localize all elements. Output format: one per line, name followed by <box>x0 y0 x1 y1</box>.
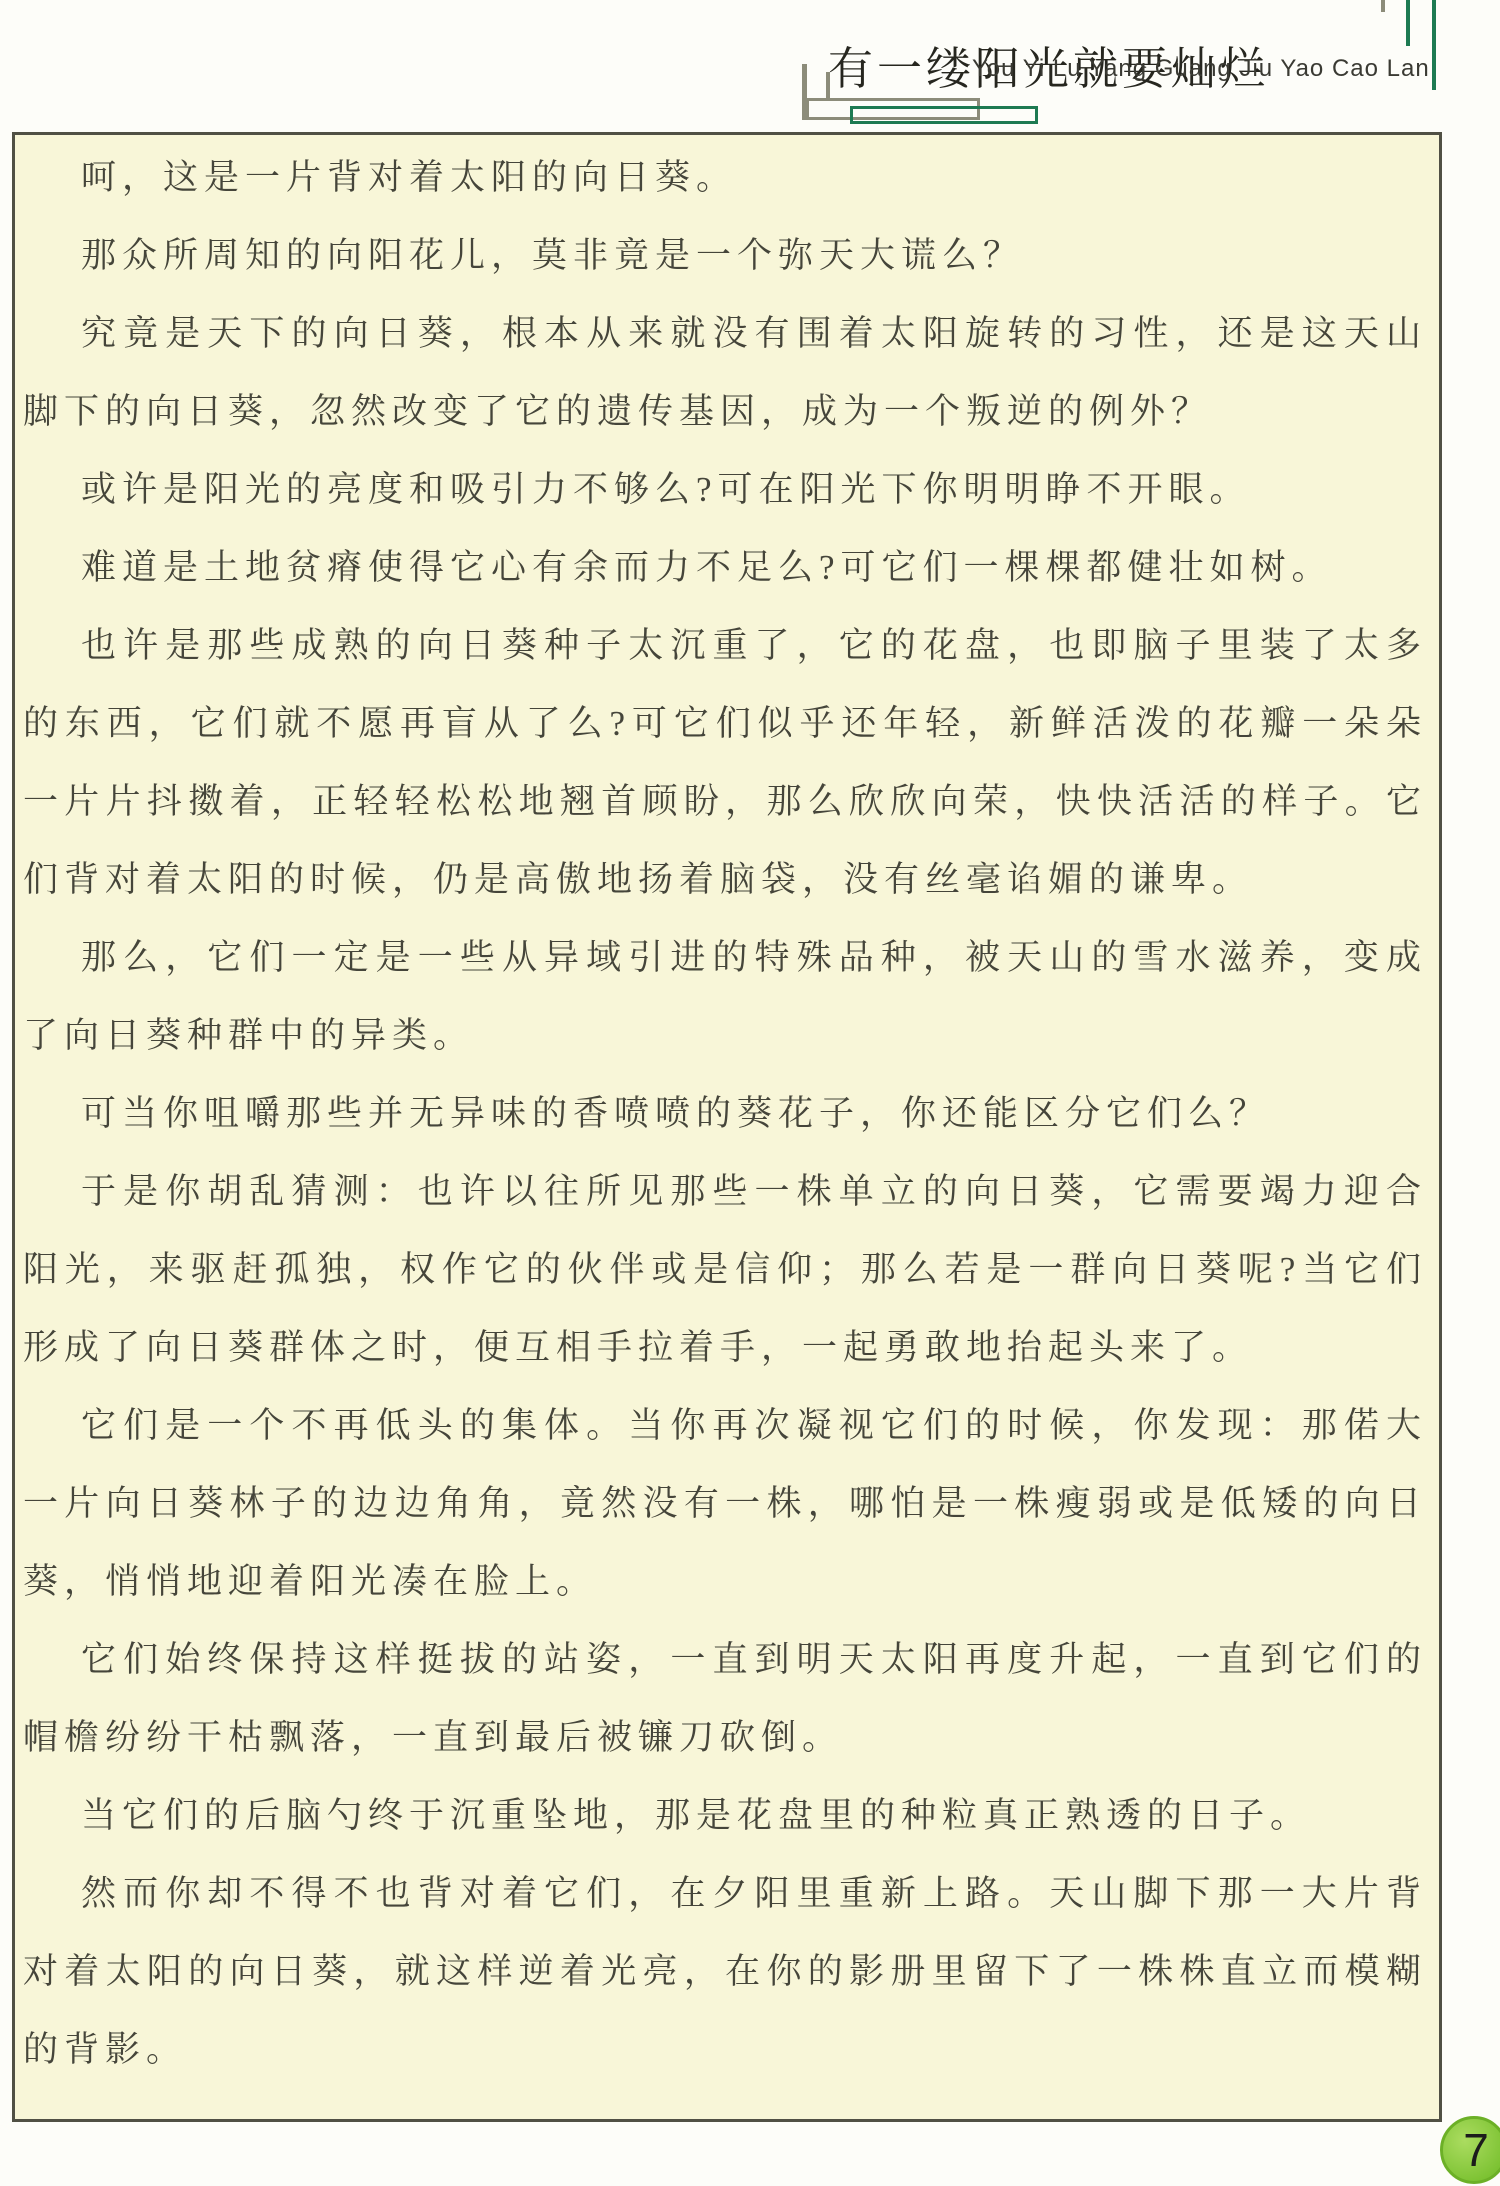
paragraph: 那么，它们一定是一些从异域引进的特殊品种，被天山的雪水滋养，变成了向日葵种群中的… <box>23 919 1427 1075</box>
paragraph: 难道是土地贫瘠使得它心有余而力不足么?可它们一棵棵都健壮如树。 <box>23 529 1427 607</box>
page-title-pinyin: You Yi Lu Yang Guang Jiu Yao Cao Lan <box>972 55 1430 83</box>
paragraph: 当它们的后脑勺终于沉重坠地，那是花盘里的种粒真正熟透的日子。 <box>23 1777 1427 1855</box>
paragraph: 它们始终保持这样挺拔的站姿，一直到明天太阳再度升起，一直到它们的帽檐纷纷干枯飘落… <box>23 1621 1427 1777</box>
paragraph: 然而你却不得不也背对着它们，在夕阳里重新上路。天山脚下那一大片背对着太阳的向日葵… <box>23 1855 1427 2089</box>
paragraph: 那众所周知的向阳花儿，莫非竟是一个弥天大谎么？ <box>23 217 1427 295</box>
page-number: 7 <box>1463 2127 1489 2173</box>
paragraph: 可当你咀嚼那些并无异味的香喷喷的葵花子，你还能区分它们么？ <box>23 1075 1427 1153</box>
decor-corner-tick <box>1381 0 1385 12</box>
decor-corner-line-short <box>1406 0 1410 46</box>
decor-box-outline-green <box>850 106 1038 124</box>
decor-vertical-tick <box>826 72 830 100</box>
decor-corner-line-long <box>1432 0 1436 90</box>
paragraph: 它们是一个不再低头的集体。当你再次凝视它们的时候，你发现：那偌大一片向日葵林子的… <box>23 1387 1427 1621</box>
paragraph: 或许是阳光的亮度和吸引力不够么?可在阳光下你明明睁不开眼。 <box>23 451 1427 529</box>
paragraph: 于是你胡乱猜测：也许以往所见那些一株单立的向日葵，它需要竭力迎合阳光，来驱赶孤独… <box>23 1153 1427 1387</box>
text-panel: 呵，这是一片背对着太阳的向日葵。那众所周知的向阳花儿，莫非竟是一个弥天大谎么？究… <box>12 132 1442 2122</box>
paragraph: 也许是那些成熟的向日葵种子太沉重了，它的花盘，也即脑子里装了太多的东西，它们就不… <box>23 607 1427 919</box>
paragraph: 究竟是天下的向日葵，根本从来就没有围着太阳旋转的习性，还是这天山脚下的向日葵，忽… <box>23 295 1427 451</box>
paragraph: 呵，这是一片背对着太阳的向日葵。 <box>23 139 1427 217</box>
essay-text: 呵，这是一片背对着太阳的向日葵。那众所周知的向阳花儿，莫非竟是一个弥天大谎么？究… <box>15 135 1439 2089</box>
page-number-badge: 7 <box>1440 2116 1500 2184</box>
